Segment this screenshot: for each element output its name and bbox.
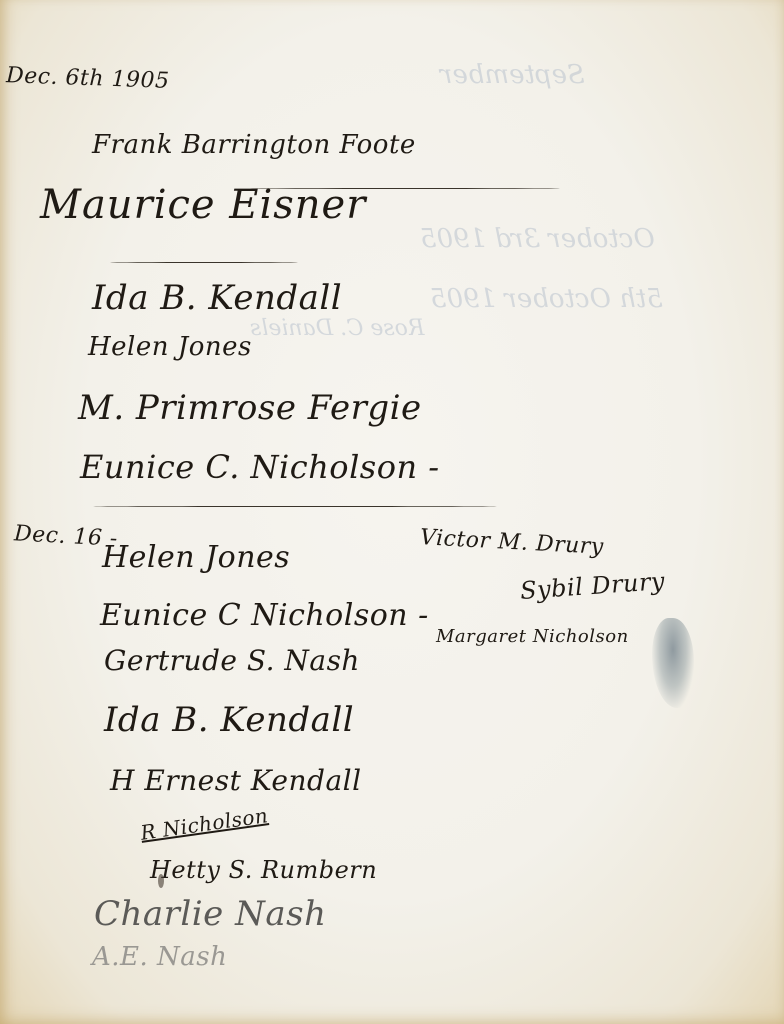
signature: Sybil Drury bbox=[519, 567, 666, 605]
section-1-date: Dec. 6th 1905 bbox=[6, 63, 170, 94]
signature: Frank Barrington Foote bbox=[92, 130, 416, 160]
signature: H Ernest Kendall bbox=[110, 764, 362, 797]
ink-blot bbox=[158, 874, 164, 888]
signature: M. Primrose Fergie bbox=[78, 388, 422, 428]
water-stain bbox=[652, 618, 694, 708]
signature: Margaret Nicholson bbox=[436, 626, 629, 647]
signature: A.E. Nash bbox=[92, 942, 227, 972]
signature: Eunice C. Nicholson - bbox=[80, 448, 440, 486]
bleed-through-text: September bbox=[440, 60, 585, 90]
signature-flourish bbox=[110, 262, 298, 263]
signature: Ida B. Kendall bbox=[104, 700, 354, 740]
bleed-through-text: October 3rd 1905 bbox=[420, 224, 655, 254]
signature: Gertrude S. Nash bbox=[104, 644, 360, 677]
section-divider bbox=[92, 506, 498, 507]
signature: Ida B. Kendall bbox=[92, 278, 342, 318]
signature: Maurice Eisner bbox=[40, 182, 366, 228]
signature: Charlie Nash bbox=[94, 894, 326, 934]
signature: Helen Jones bbox=[88, 332, 252, 362]
signature: Victor M. Drury bbox=[419, 525, 604, 560]
signature: Helen Jones bbox=[102, 540, 290, 575]
album-page: September October 3rd 1905 5th October 1… bbox=[0, 0, 784, 1024]
signature: Hetty S. Rumbern bbox=[150, 856, 377, 884]
bleed-through-text: 5th October 1905 bbox=[430, 284, 663, 314]
bleed-through-text: Rose C. Daniels bbox=[250, 316, 424, 341]
signature: R Nicholson bbox=[139, 803, 270, 845]
signature: Eunice C Nicholson - bbox=[100, 598, 429, 633]
